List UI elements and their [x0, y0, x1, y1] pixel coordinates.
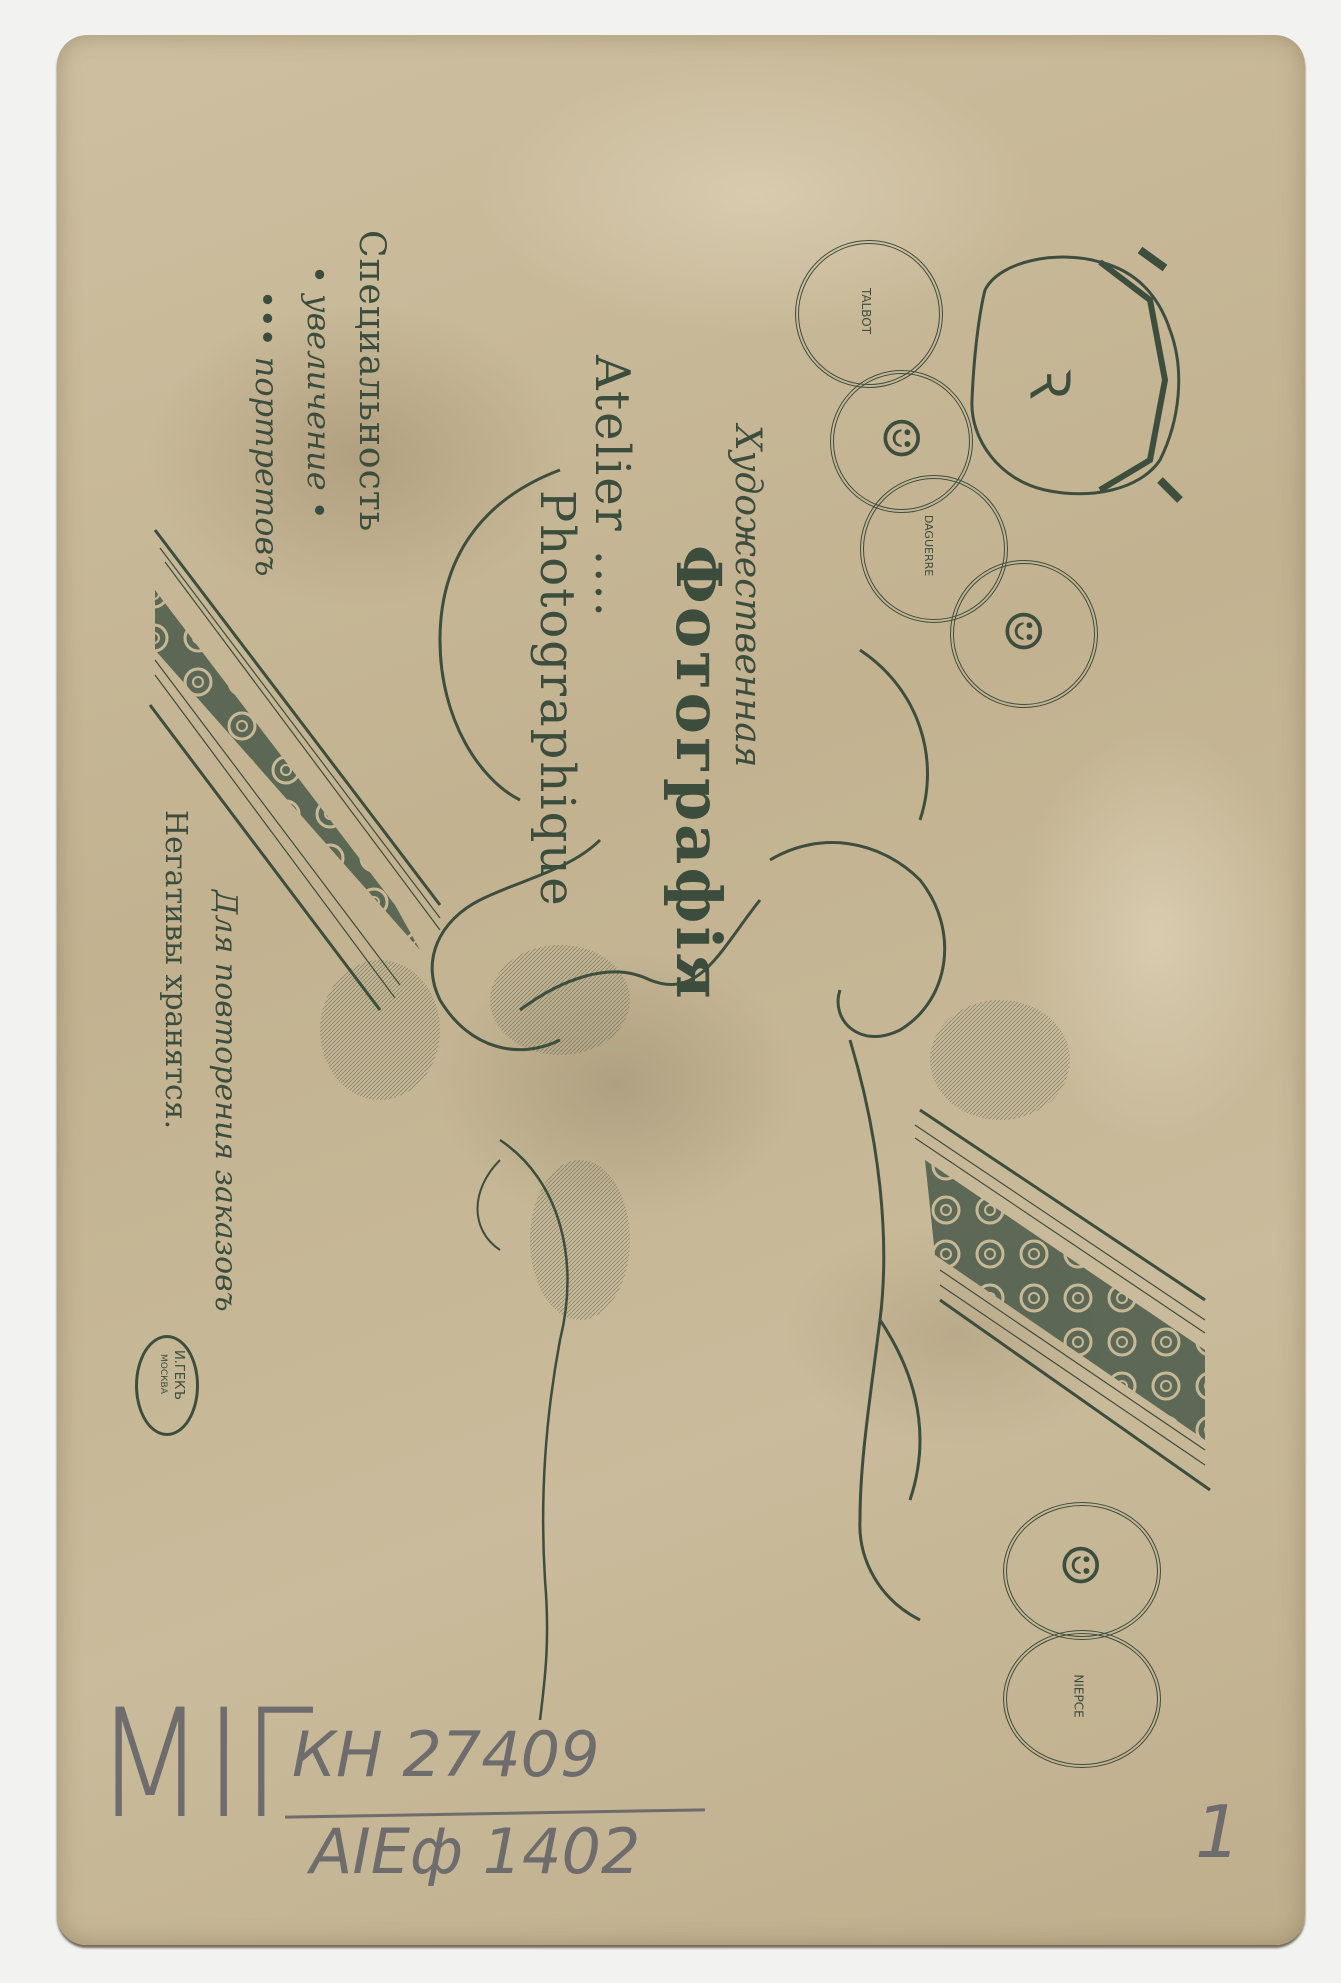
title-ru: Фотографія	[662, 545, 735, 1002]
pencil-collection-mark: МІГ	[95, 1690, 314, 1840]
medal-talbot: TALBOT	[795, 240, 943, 388]
diagonal-band-upper	[150, 530, 440, 1010]
medal-portrait-3: ☺	[1003, 1502, 1161, 1640]
pencil-inventory-1: КН 27409	[292, 1718, 600, 1791]
portrait-profile-icon: ☺	[993, 609, 1051, 654]
specialty-line-2: • увеличение •	[300, 265, 338, 520]
portrait-profile-icon: ☺	[871, 416, 929, 461]
title-fr-photographique: Photographique	[529, 490, 585, 908]
footer-line-2: Негативы хранятся.	[158, 810, 193, 1129]
specialty-line-1: Специальность	[351, 230, 392, 532]
pencil-sheet-number: 1	[1195, 1790, 1241, 1874]
medal-niepce: NIEPCE	[1003, 1630, 1161, 1768]
footer-line-1: Для повторения заказовъ	[208, 890, 243, 1312]
pencil-inventory-2: АІЕф 1402	[310, 1815, 640, 1888]
diagonal-band-lower	[915, 1110, 1210, 1490]
medal-portrait-2: ☺	[950, 560, 1098, 708]
specialty-line-3: ••• портретовъ	[248, 290, 286, 576]
printer-stamp: И.ГЕКЪ МОСКВА	[135, 1335, 199, 1436]
title-fr-atelier: Atelier ....	[584, 355, 640, 619]
portrait-profile-icon: ☺	[1050, 1543, 1108, 1588]
monogram-letter: Ꝛ	[1013, 367, 1089, 400]
